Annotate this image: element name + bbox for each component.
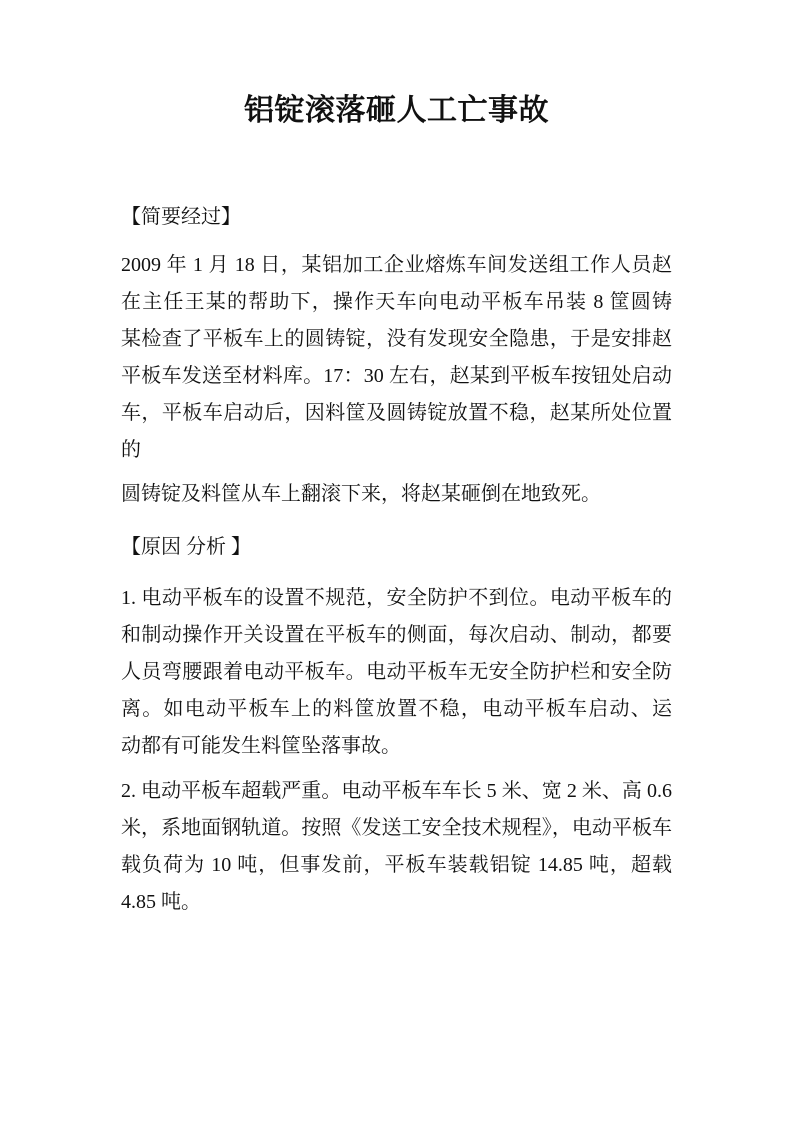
text-line: 平板车发送至材料库。17：30 左右，赵某到平板车按钮处启动平板 [121, 358, 672, 395]
text-line: 动都有可能发生料筐坠落事故。 [121, 728, 672, 765]
text-line: 1. 电动平板车的设置不规范，安全防护不到位。电动平板车的启动 [121, 580, 672, 617]
document-body: 【简要经过】 2009 年 1 月 18 日，某铝加工企业熔炼车间发送组工作人员… [121, 199, 672, 921]
section-heading-cause-analysis: 【原因 分析 】 [121, 529, 672, 566]
section-heading-brief-account: 【简要经过】 [121, 199, 672, 236]
text-line: 的 [121, 432, 672, 469]
paragraph-incident: 2009 年 1 月 18 日，某铝加工企业熔炼车间发送组工作人员赵某 在主任王… [121, 247, 672, 469]
text-line: 圆铸锭及料筐从车上翻滚下来，将赵某砸倒在地致死。 [121, 476, 672, 513]
text-line: 2. 电动平板车超载严重。电动平板车车长 5 米、宽 2 米、高 0.6 [121, 773, 672, 810]
text-line: 某检查了平板车上的圆铸锭，没有发现安全隐患，于是安排赵某将 [121, 321, 672, 358]
text-line: 车，平板车启动后，因料筐及圆铸锭放置不稳，赵某所处位置附近 [121, 395, 672, 432]
document-page: 铝锭滚落砸人工亡事故 【简要经过】 2009 年 1 月 18 日，某铝加工企业… [0, 0, 793, 1122]
text-line: 米，系地面钢轨道。按照《发送工安全技术规程》，电动平板车重 [121, 810, 672, 847]
text-line: 和制动操作开关设置在平板车的侧面，每次启动、制动，都要操作 [121, 617, 672, 654]
text-line: 2009 年 1 月 18 日，某铝加工企业熔炼车间发送组工作人员赵某 [121, 247, 672, 284]
text-line: 人员弯腰跟着电动平板车。电动平板车无安全防护栏和安全防范距 [121, 654, 672, 691]
text-line: 载负荷为 10 吨，但事发前，平板车装载铝锭 14.85 吨，超载 [121, 847, 672, 884]
paragraph-cause-1: 1. 电动平板车的设置不规范，安全防护不到位。电动平板车的启动 和制动操作开关设… [121, 580, 672, 765]
document-title: 铝锭滚落砸人工亡事故 [121, 0, 672, 132]
paragraph-outcome: 圆铸锭及料筐从车上翻滚下来，将赵某砸倒在地致死。 [121, 476, 672, 513]
text-line: 离。如电动平板车上的料筐放置不稳，电动平板车启动、运行、制 [121, 691, 672, 728]
text-line: 在主任王某的帮助下，操作天车向电动平板车吊装 8 筐圆铸锭。王 [121, 284, 672, 321]
text-line: 4.85 吨。 [121, 884, 672, 921]
paragraph-cause-2: 2. 电动平板车超载严重。电动平板车车长 5 米、宽 2 米、高 0.6 米，系… [121, 773, 672, 921]
